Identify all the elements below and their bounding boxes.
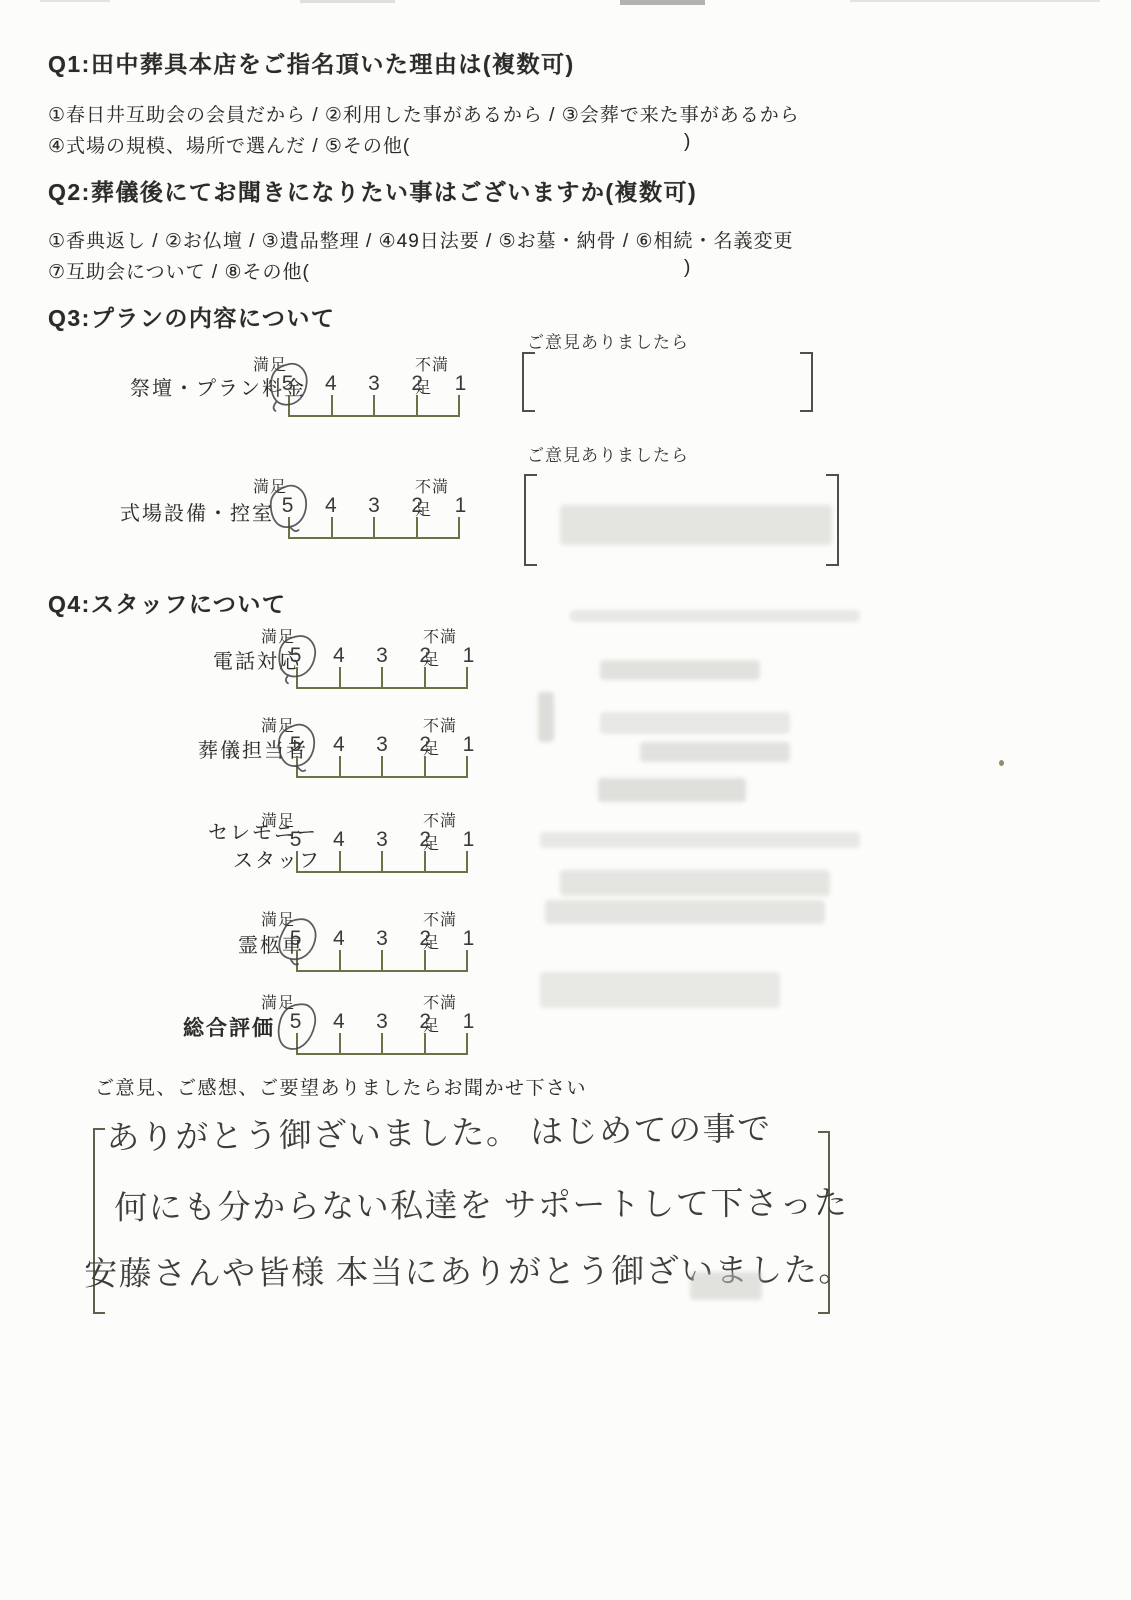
scale-number: 4 bbox=[317, 733, 360, 757]
scale-number: 1 bbox=[439, 494, 482, 518]
q3-title: Q3:プランの内容について bbox=[48, 300, 335, 333]
comment-bracket-left bbox=[522, 352, 535, 412]
free-comment-prompt: ご意見、ご感想、ご要望ありましたらお聞かせ下さい bbox=[95, 1073, 587, 1100]
scale-number: 1 bbox=[439, 372, 482, 396]
q2-close-paren: ) bbox=[684, 257, 691, 279]
scale-number: 3 bbox=[352, 372, 395, 396]
scale-number: 1 bbox=[447, 828, 490, 852]
scale-number: 1 bbox=[447, 733, 490, 757]
bleed-through-artifact bbox=[560, 870, 830, 896]
scale-number: 2 bbox=[404, 733, 447, 757]
scale-number: 1 bbox=[447, 1010, 490, 1034]
scale-number: 4 bbox=[317, 644, 360, 668]
scan-edge-artifact bbox=[850, 0, 1100, 2]
circled-score-annotation bbox=[272, 913, 325, 971]
scale-number: 2 bbox=[404, 927, 447, 951]
scale-number: 2 bbox=[404, 1010, 447, 1034]
bleed-through-artifact bbox=[600, 660, 760, 680]
q4-row3-rating-scale: 満足 不満足 5 4 3 2 1 bbox=[296, 808, 468, 878]
scale-number: 3 bbox=[360, 1010, 403, 1034]
q3-row2-label: 式場設備・控室 bbox=[120, 497, 274, 526]
bleed-through-artifact bbox=[600, 712, 790, 734]
q4-row1-rating-scale: 満足 不満足 5 4 3 2 1 bbox=[296, 624, 468, 694]
scale-number: 3 bbox=[360, 644, 403, 668]
scale-ruler bbox=[296, 667, 468, 689]
scan-edge-artifact bbox=[300, 0, 395, 3]
scan-edge-artifact bbox=[40, 0, 110, 2]
scale-number: 2 bbox=[396, 372, 439, 396]
scale-number: 5 bbox=[274, 828, 317, 852]
scale-number: 2 bbox=[404, 644, 447, 668]
scale-number: 4 bbox=[317, 828, 360, 852]
bleed-through-artifact bbox=[540, 972, 780, 1008]
q3-row1-comment-hint: ご意見ありましたら bbox=[527, 328, 689, 353]
circled-score-annotation bbox=[264, 481, 315, 538]
comment-bracket-right bbox=[826, 474, 839, 566]
scale-number: 1 bbox=[447, 927, 490, 951]
circled-score-annotation bbox=[273, 720, 323, 776]
q2-title: Q2:葬儀後にてお聞きになりたい事はございますか(複数可) bbox=[48, 174, 697, 207]
q4-title: Q4:スタッフについて bbox=[48, 586, 286, 619]
q1-title: Q1:田中葬具本店をご指名頂いた理由は(複数可) bbox=[48, 46, 575, 79]
scale-number: 4 bbox=[317, 927, 360, 951]
scale-number: 3 bbox=[360, 828, 403, 852]
scanned-survey-page: Q1:田中葬具本店をご指名頂いた理由は(複数可) ①春日井互助会の会員だから /… bbox=[0, 0, 1131, 1600]
scale-ruler bbox=[288, 395, 460, 417]
q4-row2-rating-scale: 満足 不満足 5 4 3 2 1 bbox=[296, 713, 468, 783]
scale-ruler bbox=[296, 1033, 468, 1055]
q3-row2-comment-hint: ご意見ありましたら bbox=[527, 441, 689, 466]
bleed-through-artifact bbox=[540, 832, 860, 848]
scale-number: 3 bbox=[352, 494, 395, 518]
handwritten-comment-line3: 安藤さんや皆様 本当にありがとう御ざいました。 bbox=[84, 1244, 853, 1295]
scan-edge-artifact bbox=[620, 0, 705, 5]
q1-options-line1: ①春日井互助会の会員だから / ②利用した事があるから / ③会葬で来た事がある… bbox=[48, 100, 800, 127]
bleed-through-artifact bbox=[570, 610, 860, 622]
scale-ruler bbox=[296, 950, 468, 972]
circled-score-annotation bbox=[267, 361, 313, 413]
bleed-through-artifact bbox=[538, 692, 554, 742]
circled-score-annotation bbox=[273, 631, 323, 686]
handwritten-comment-line1: ありがとう御ざいました。 はじめての事で bbox=[106, 1103, 772, 1159]
bleed-through-artifact bbox=[598, 778, 746, 802]
q4-row5-label: 総合評価 bbox=[183, 1012, 275, 1042]
scale-number: 4 bbox=[309, 372, 352, 396]
scale-number: 3 bbox=[360, 733, 403, 757]
handwritten-comment-line2: 何にも分からない私達を サポートして下さった bbox=[114, 1177, 849, 1229]
scale-number: 4 bbox=[309, 494, 352, 518]
q3-row2-rating-scale: 満足 不満足 5 4 3 2 1 bbox=[288, 474, 460, 544]
scale-number: 1 bbox=[447, 644, 490, 668]
scale-number: 2 bbox=[396, 494, 439, 518]
scale-numbers: 5 4 3 2 1 bbox=[274, 828, 490, 852]
bleed-through-artifact bbox=[545, 900, 825, 924]
q2-options-line2: ⑦互助会について / ⑧その他( bbox=[48, 257, 310, 284]
q1-close-paren: ) bbox=[684, 131, 691, 153]
q4-row5-rating-scale: 満足 不満足 5 4 3 2 1 bbox=[296, 990, 468, 1060]
scale-ruler bbox=[296, 851, 468, 873]
bleed-through-artifact bbox=[640, 742, 790, 762]
bleed-through-artifact bbox=[560, 505, 832, 545]
scale-number: 2 bbox=[404, 828, 447, 852]
scale-number: 3 bbox=[360, 927, 403, 951]
comment-bracket-right bbox=[800, 352, 813, 412]
q1-options-line2: ④式場の規模、場所で選んだ / ⑤その他( bbox=[48, 131, 410, 158]
comment-bracket-left bbox=[524, 474, 537, 566]
q2-options-line1: ①香典返し / ②お仏壇 / ③遺品整理 / ④49日法要 / ⑤お墓・納骨 /… bbox=[48, 226, 794, 253]
q4-row4-rating-scale: 満足 不満足 5 4 3 2 1 bbox=[296, 907, 468, 977]
dust-speck-artifact bbox=[999, 760, 1004, 766]
q3-row1-rating-scale: 満足 不満足 5 4 3 2 1 bbox=[288, 352, 460, 422]
